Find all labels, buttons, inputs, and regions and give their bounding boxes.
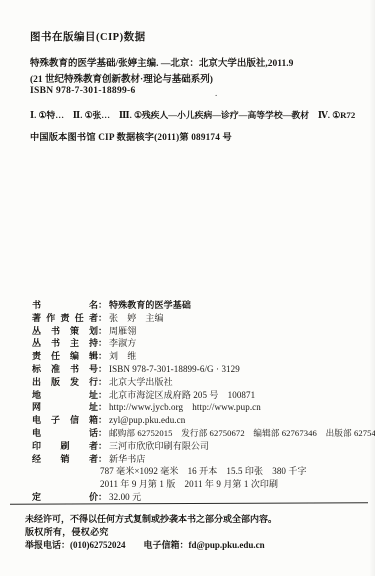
copyright-page: 图书在版编目(CIP)数据 特殊教育的医学基础/张婷主编. —北京：北京大学出版…: [0, 0, 375, 576]
scan-edge-shading: [369, 0, 375, 576]
row-label: 印刷者: [32, 440, 98, 453]
row-label: 定价: [32, 491, 98, 504]
colophon-row-book-title: 书名：特殊教育的医学基础: [32, 299, 367, 312]
row-label: 电子信箱: [32, 414, 98, 427]
colophon-row-address: 地址：北京市海淀区成府路 205 号 100871: [32, 389, 367, 402]
colophon-row-isbn: 标准书号：ISBN 978-7-301-18899-6/G · 3129: [32, 363, 367, 376]
row-value: 北京市海淀区成府路 205 号 100871: [109, 389, 255, 402]
cip-record-number-line: 中国版本图书馆 CIP 数据核字(2011)第 089174 号: [30, 129, 232, 143]
colophon-row-series-host: 丛书主持：李淑方: [32, 337, 367, 350]
cip-series-line: (21 世纪特殊教育创新教材·理论与基础系列): [30, 71, 213, 85]
colophon-row-email: 电子信箱：zyl@pup.pku.edu.cn: [32, 414, 367, 427]
print-artifact-dot: .: [215, 88, 217, 98]
row-value: 新华书店: [109, 453, 145, 466]
report-contact-line: 举报电话：(010)62752024 电子信箱：fd@pup.pku.edu.c…: [25, 538, 265, 551]
row-label: 网址: [32, 401, 98, 414]
row-label: 经销者: [32, 453, 98, 466]
row-value: 北京大学出版社: [109, 376, 173, 389]
row-value: http://www.jycb.org http://www.pup.cn: [109, 401, 261, 414]
row-value: 刘 维: [109, 350, 136, 363]
colophon-row-publisher: 出版发行：北京大学出版社: [32, 376, 367, 389]
row-value: 2011 年 9 月第 1 版 2011 年 9 月第 1 次印刷: [100, 478, 278, 491]
row-value: 787 毫米×1092 毫米 16 开本 15.5 印张 380 千字: [100, 465, 307, 478]
colophon-row-series-planner: 丛书策划：周雁翎: [32, 325, 367, 338]
row-label: 著作责任者: [32, 312, 98, 325]
row-label: 责任编辑: [32, 350, 98, 363]
copyright-statement: 版权所有，侵权必究: [25, 525, 109, 538]
colophon-row-printer: 印刷者：三河市欣欣印刷有限公司: [32, 440, 367, 453]
row-value: ISBN 978-7-301-18899-6/G · 3129: [109, 363, 240, 376]
colophon-row-website: 网址：http://www.jycb.org http://www.pup.cn: [32, 401, 367, 414]
colophon-table: 书名：特殊教育的医学基础 著作责任者：张 婷 主编 丛书策划：周雁翎 丛书主持：…: [32, 299, 367, 504]
row-label: 出版发行: [32, 376, 98, 389]
row-label: 地址: [32, 389, 98, 402]
row-value: 32.00 元: [109, 491, 141, 504]
colophon-row-editor: 责任编辑：刘 维: [32, 350, 367, 363]
row-label: 丛书策划: [32, 325, 98, 338]
cip-isbn-line: ISBN 978-7-301-18899-6: [30, 86, 136, 96]
row-value: 张 婷 主编: [109, 312, 164, 325]
cip-heading: 图书在版编目(CIP)数据: [30, 29, 146, 44]
row-label: 书名: [32, 299, 98, 312]
row-value: 特殊教育的医学基础: [109, 299, 191, 312]
copy-prohibition-notice: 未经许可，不得以任何方式复制或抄袭本书之部分或全部内容。: [25, 512, 277, 525]
row-label: 电话: [32, 427, 98, 440]
row-value: zyl@pup.pku.edu.cn: [109, 414, 185, 427]
colophon-row-phone: 电话：邮购部 62752015 发行部 62750672 编辑部 6276734…: [32, 427, 367, 440]
row-label: 丛书主持: [32, 337, 98, 350]
colophon-row-distributor: 经销者：新华书店: [32, 453, 367, 466]
colophon-row-author: 著作责任者：张 婷 主编: [32, 312, 367, 325]
row-label: 标准书号: [32, 363, 98, 376]
row-value: 李淑方: [109, 337, 136, 350]
cip-classification-line: Ⅰ. ①特… Ⅱ. ①张… Ⅲ. ①残疾人—小儿疾病—诊疗—高等学校—教材 Ⅳ.…: [30, 108, 355, 121]
colophon-row-format: 787 毫米×1092 毫米 16 开本 15.5 印张 380 千字: [32, 465, 367, 478]
cip-title-line: 特殊教育的医学基础/张婷主编. —北京：北京大学出版社,2011.9: [30, 55, 293, 69]
row-value: 邮购部 62752015 发行部 62750672 编辑部 62767346 出…: [109, 427, 375, 440]
colophon-row-edition: 2011 年 9 月第 1 版 2011 年 9 月第 1 次印刷: [32, 478, 367, 491]
row-value: 周雁翎: [109, 325, 136, 338]
row-value: 三河市欣欣印刷有限公司: [109, 440, 209, 453]
